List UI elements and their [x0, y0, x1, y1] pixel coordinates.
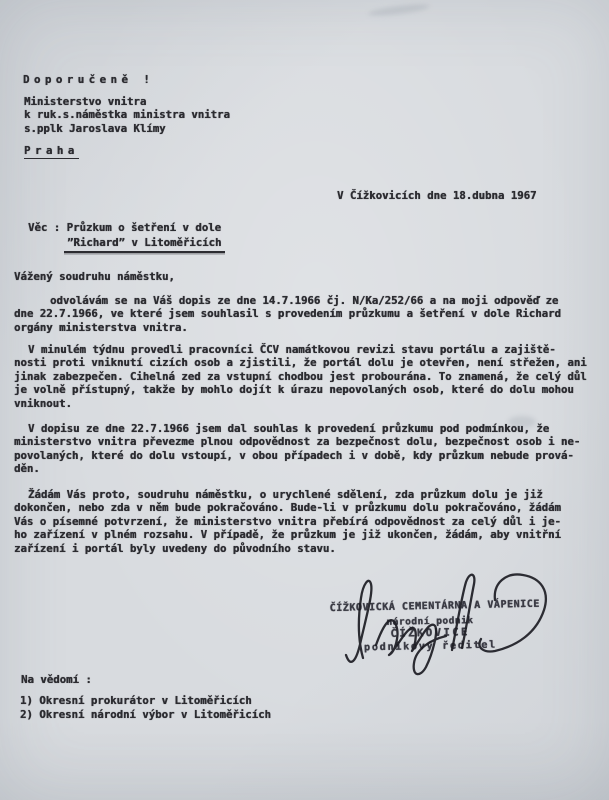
paper-smudge — [508, 416, 536, 428]
recipient-address-block: Ministerstvo vnitra k ruk.s.náměstka min… — [24, 95, 230, 135]
paragraph-4: Žádám Vás proto, soudruhu náměstku, o ur… — [14, 488, 600, 555]
registered-mail-label: Doporučeně ! — [23, 73, 154, 86]
subject-line-2: ”Richard” v Litoměřicích — [67, 236, 221, 249]
cc-label: Na vědomí : — [21, 673, 92, 686]
recipient-city: Praha — [24, 144, 79, 159]
subject-line-1: Věc : Průzkum o šetření v dole — [28, 221, 221, 234]
cc-item-2: 2) Okresní národní výbor v Litoměřicích — [20, 708, 271, 721]
dateline: V Čížkovicích dne 18.dubna 1967 — [337, 189, 536, 202]
subject-underline — [64, 251, 225, 253]
paragraph-3: V dopisu ze dne 22.7.1966 jsem dal souhl… — [14, 422, 600, 476]
paragraph-2: V minulém týdnu provedli pracovníci ČCV … — [14, 343, 600, 410]
handwritten-signature — [328, 570, 568, 682]
cc-item-1: 1) Okresní prokurátor v Litoměřicích — [20, 694, 252, 707]
scanned-letter-page: Doporučeně ! Ministerstvo vnitra k ruk.s… — [0, 0, 609, 800]
paragraph-1: odvolávám se na Váš dopis ze dne 14.7.19… — [14, 294, 600, 334]
paper-smudge — [368, 2, 431, 17]
salutation: Vážený soudruhu náměstku, — [14, 270, 175, 283]
